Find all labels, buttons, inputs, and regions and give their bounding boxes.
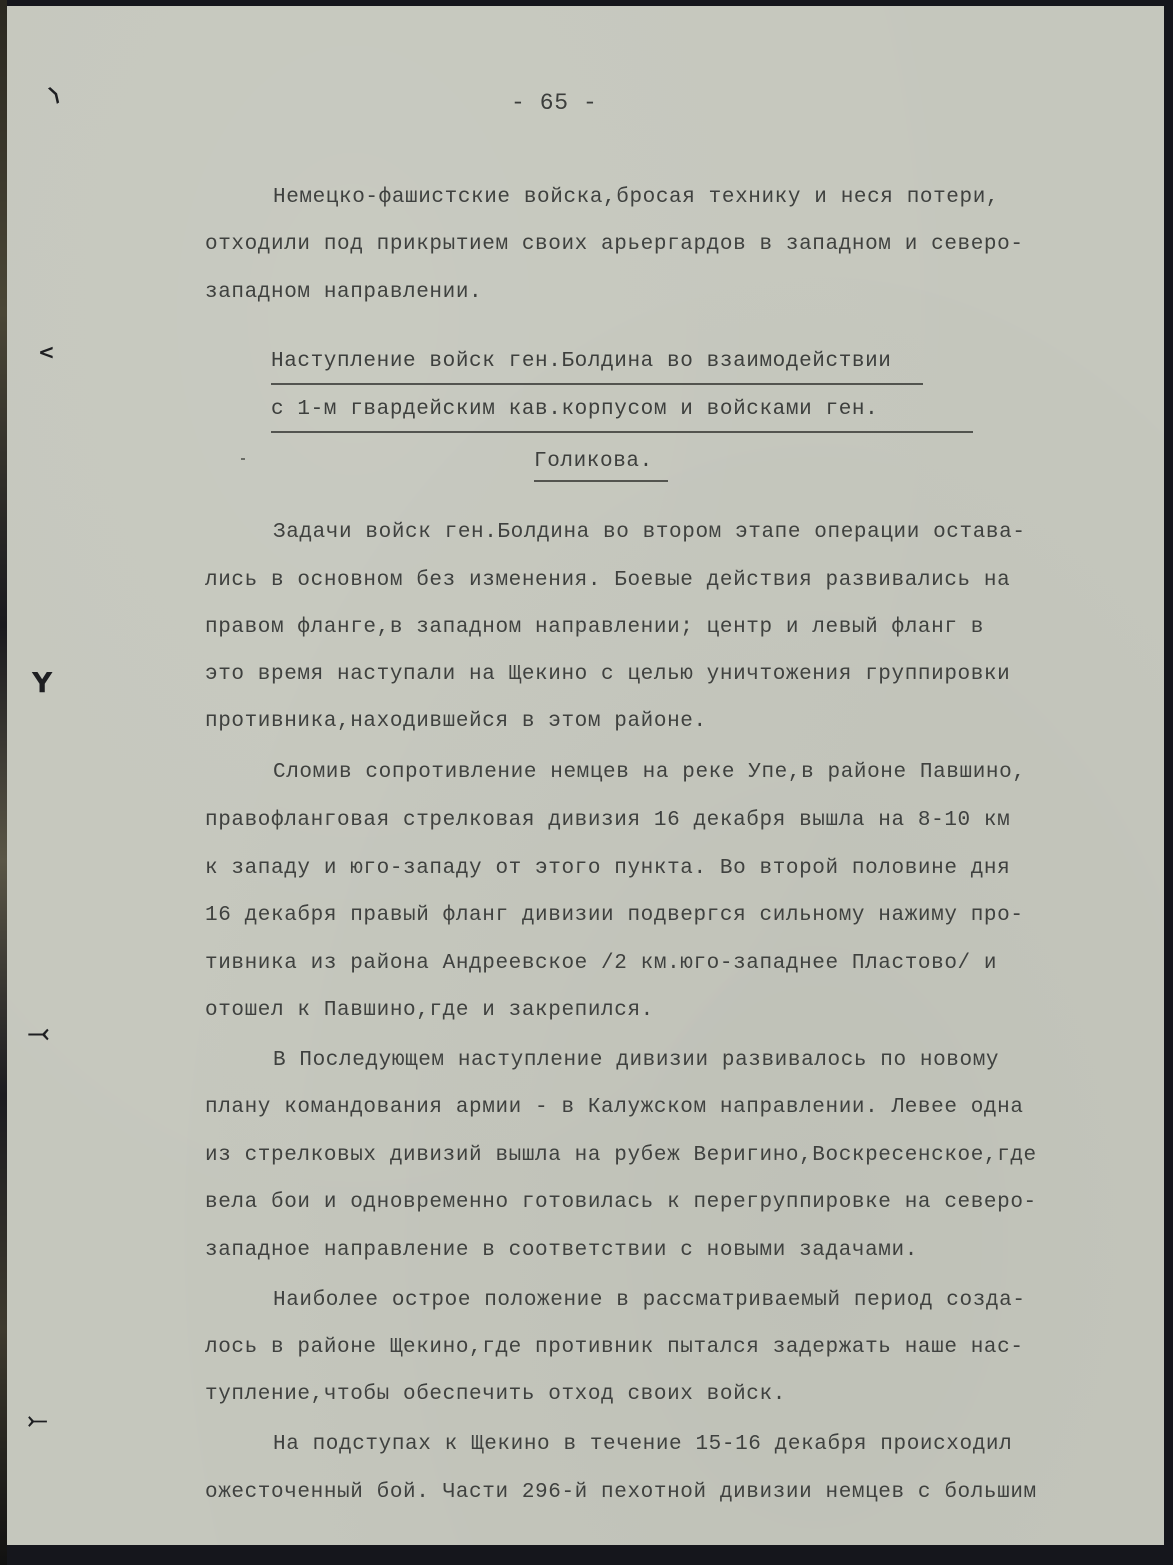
paragraph-2-line-2: лись в основном без изменения. Боевые де… — [205, 570, 1010, 591]
section-heading-line-1: Наступление войск ген.Болдина во взаимод… — [271, 351, 892, 372]
paragraph-6-line-2: ожесточенный бой. Части 296-й пехотной д… — [205, 1482, 1037, 1503]
paragraph-4-line-3: из стрелковых дивизий вышла на рубеж Вер… — [205, 1145, 1037, 1166]
binding-hole-mark-icon: ⟩ — [45, 81, 65, 106]
paragraph-4-line-5: западное направление в соответствии с но… — [205, 1240, 918, 1261]
heading-underline-2 — [271, 431, 973, 433]
paragraph-1-line-3: западном направлении. — [205, 282, 482, 303]
paragraph-4-line-4: вела бои и одновременно готовилась к пер… — [205, 1192, 1037, 1213]
paragraph-5-line-3: тупление,чтобы обеспечить отход своих во… — [205, 1384, 786, 1405]
scan-edge — [0, 0, 7, 1565]
binding-hole-mark-icon: < — [38, 340, 55, 364]
paragraph-3-line-2: правофланговая стрелковая дивизия 16 дек… — [205, 810, 1010, 831]
paragraph-1-line-2: отходили под прикрытием своих арьергардо… — [205, 234, 1024, 255]
binding-hole-mark-icon: ⤙ — [28, 1018, 49, 1049]
paragraph-3-line-5: тивника из района Андреевское /2 км.юго-… — [205, 953, 997, 974]
paragraph-2-line-1: Задачи войск ген.Болдина во втором этапе… — [273, 522, 1026, 543]
section-heading-line-3: Голикова. — [534, 451, 653, 472]
paragraph-3-line-4: 16 декабря правый фланг дивизии подвергс… — [205, 905, 1024, 926]
paragraph-3-line-1: Сломив сопротивление немцев на реке Упе,… — [273, 762, 1026, 783]
binding-hole-mark-icon: ⤚ — [28, 1406, 47, 1434]
paragraph-2-line-5: противника,находившейся в этом районе. — [205, 711, 707, 732]
paragraph-4-line-1: В Последующем наступление дивизии развив… — [273, 1050, 999, 1071]
paragraph-5-line-1: Наиболее острое положение в рассматривае… — [273, 1290, 1026, 1311]
paragraph-4-line-2: плану командования армии - в Калужском н… — [205, 1097, 1024, 1118]
section-heading-line-2: с 1-м гвардейским кав.корпусом и войскам… — [271, 399, 878, 420]
stray-mark — [241, 458, 245, 460]
paragraph-3-line-3: к западу и юго-западу от этого пункта. В… — [205, 858, 1010, 879]
heading-underline-3 — [534, 480, 668, 482]
paragraph-6-line-1: На подступах к Щекино в течение 15-16 де… — [273, 1434, 1012, 1455]
paragraph-3-line-6: отошел к Павшино,где и закрепился. — [205, 1000, 654, 1021]
paragraph-1-line-1: Немецко-фашистские войска,бросая технику… — [273, 187, 999, 208]
document-page: - 65 - Немецко-фашистские войска,бросая … — [6, 6, 1164, 1545]
paragraph-2-line-4: это время наступали на Щекино с целью ун… — [205, 664, 1010, 685]
binding-hole-mark-icon: Y — [32, 666, 52, 699]
paragraph-5-line-2: лось в районе Щекино,где противник пытал… — [205, 1337, 1024, 1358]
paragraph-2-line-3: правом фланге,в западном направлении; це… — [205, 617, 984, 638]
page-number: - 65 - — [511, 92, 597, 115]
heading-underline-1 — [271, 383, 923, 385]
